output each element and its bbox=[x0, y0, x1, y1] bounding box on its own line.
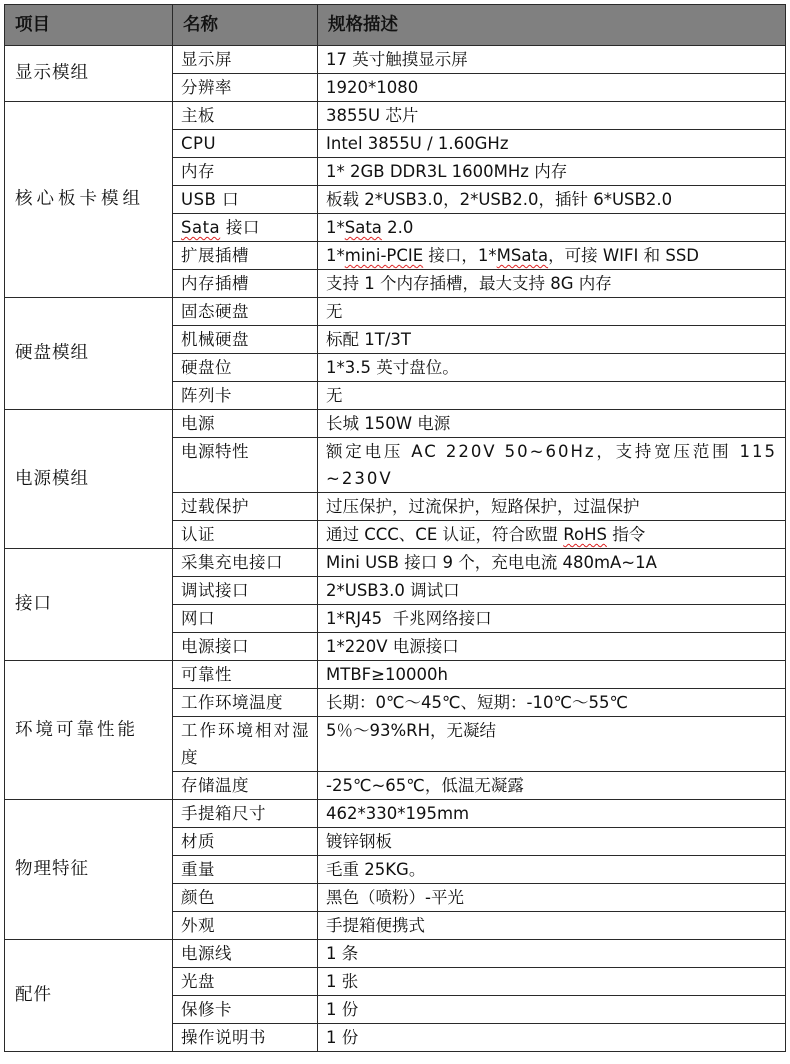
row-name: 可靠性 bbox=[173, 661, 318, 689]
row-name: 颜色 bbox=[173, 884, 318, 912]
header-name: 名称 bbox=[173, 5, 318, 46]
row-name: 材质 bbox=[173, 828, 318, 856]
row-name: 工作环境相对湿度 bbox=[173, 717, 318, 772]
row-spec: 17 英寸触摸显示屏 bbox=[318, 46, 786, 74]
row-spec: Intel 3855U / 1.60GHz bbox=[318, 130, 786, 158]
table-row: 核心板卡模组 主板 3855U 芯片 bbox=[5, 102, 786, 130]
row-name: 重量 bbox=[173, 856, 318, 884]
row-spec: 标配 1T/3T bbox=[318, 326, 786, 354]
row-spec-part: 1* bbox=[326, 246, 345, 265]
row-name: 保修卡 bbox=[173, 996, 318, 1024]
table-header: 项目 名称 规格描述 bbox=[5, 5, 786, 46]
row-spec: MTBF≥10000h bbox=[318, 661, 786, 689]
group-core-board-module: 核心板卡模组 bbox=[5, 102, 173, 298]
row-spec: 手提箱便携式 bbox=[318, 912, 786, 940]
row-spec: -25℃~65℃，低温无凝露 bbox=[318, 772, 786, 800]
row-name: CPU bbox=[173, 130, 318, 158]
row-spec: 462*330*195mm bbox=[318, 800, 786, 828]
row-name: 电源线 bbox=[173, 940, 318, 968]
row-spec: 1 份 bbox=[318, 996, 786, 1024]
row-name: 存储温度 bbox=[173, 772, 318, 800]
row-name: 内存插槽 bbox=[173, 270, 318, 298]
spellcheck-mark: MSata bbox=[497, 246, 548, 265]
group-environment-reliability: 环境可靠性能 bbox=[5, 661, 173, 800]
row-spec: 通过 CCC、CE 认证，符合欧盟 RoHS 指令 bbox=[318, 521, 786, 549]
row-spec: 5％～93%RH，无凝结 bbox=[318, 717, 786, 772]
row-spec-part: 接口，1* bbox=[423, 246, 497, 265]
row-spec: 1*mini-PCIE 接口，1*MSata，可接 WIFI 和 SSD bbox=[318, 242, 786, 270]
table-row: 物理特征 手提箱尺寸 462*330*195mm bbox=[5, 800, 786, 828]
spec-table: 项目 名称 规格描述 显示模组 显示屏 17 英寸触摸显示屏 分辨率 1920*… bbox=[4, 4, 786, 1052]
row-spec: 长期：0℃～45℃、短期：-10℃～55℃ bbox=[318, 689, 786, 717]
group-power-module: 电源模组 bbox=[5, 410, 173, 549]
table-row: 环境可靠性能 可靠性 MTBF≥10000h bbox=[5, 661, 786, 689]
row-name: 认证 bbox=[173, 521, 318, 549]
row-name: 电源接口 bbox=[173, 633, 318, 661]
spellcheck-mark: RoHS bbox=[563, 525, 607, 544]
table-row: 配件 电源线 1 条 bbox=[5, 940, 786, 968]
row-name: 机械硬盘 bbox=[173, 326, 318, 354]
row-name: 工作环境温度 bbox=[173, 689, 318, 717]
row-spec: 板载 2*USB3.0，2*USB2.0，插针 6*USB2.0 bbox=[318, 186, 786, 214]
row-spec: 1 条 bbox=[318, 940, 786, 968]
row-spec-suffix: 指令 bbox=[607, 525, 645, 544]
row-name: USB 口 bbox=[173, 186, 318, 214]
row-spec: 1*3.5 英寸盘位。 bbox=[318, 354, 786, 382]
row-spec: 1 张 bbox=[318, 968, 786, 996]
group-disk-module: 硬盘模组 bbox=[5, 298, 173, 410]
row-name: 电源 bbox=[173, 410, 318, 438]
spellcheck-mark: mini-PCIE bbox=[345, 246, 423, 265]
row-spec: 额定电压 AC 220V 50~60Hz，支持宽压范围 115~230V bbox=[318, 438, 786, 493]
row-name: 采集充电接口 bbox=[173, 549, 318, 577]
header-spec: 规格描述 bbox=[318, 5, 786, 46]
header-row: 项目 名称 规格描述 bbox=[5, 5, 786, 46]
row-name: 手提箱尺寸 bbox=[173, 800, 318, 828]
table-row: 硬盘模组 固态硬盘 无 bbox=[5, 298, 786, 326]
row-name: 阵列卡 bbox=[173, 382, 318, 410]
group-accessories: 配件 bbox=[5, 940, 173, 1052]
row-name: 内存 bbox=[173, 158, 318, 186]
row-name: 过载保护 bbox=[173, 493, 318, 521]
row-name: 电源特性 bbox=[173, 438, 318, 493]
row-name: 硬盘位 bbox=[173, 354, 318, 382]
row-name: 外观 bbox=[173, 912, 318, 940]
row-name: 主板 bbox=[173, 102, 318, 130]
row-spec: 支持 1 个内存插槽，最大支持 8G 内存 bbox=[318, 270, 786, 298]
spellcheck-mark: Sata bbox=[345, 218, 382, 237]
row-spec: 无 bbox=[318, 382, 786, 410]
table-body: 显示模组 显示屏 17 英寸触摸显示屏 分辨率 1920*1080 核心板卡模组… bbox=[5, 46, 786, 1052]
row-spec: 黑色（喷粉）-平光 bbox=[318, 884, 786, 912]
row-spec: 毛重 25KG。 bbox=[318, 856, 786, 884]
row-name: 固态硬盘 bbox=[173, 298, 318, 326]
row-name: 操作说明书 bbox=[173, 1024, 318, 1052]
row-spec: 长城 150W 电源 bbox=[318, 410, 786, 438]
group-physical-features: 物理特征 bbox=[5, 800, 173, 940]
spellcheck-mark: Sata bbox=[181, 218, 220, 237]
row-spec: 2*USB3.0 调试口 bbox=[318, 577, 786, 605]
table-row: 显示模组 显示屏 17 英寸触摸显示屏 bbox=[5, 46, 786, 74]
row-spec: 无 bbox=[318, 298, 786, 326]
row-spec-prefix: 1* bbox=[326, 218, 345, 237]
row-spec: 1* 2GB DDR3L 1600MHz 内存 bbox=[318, 158, 786, 186]
table-row: 电源模组 电源 长城 150W 电源 bbox=[5, 410, 786, 438]
row-name: 光盘 bbox=[173, 968, 318, 996]
row-spec: Mini USB 接口 9 个，充电电流 480mA~1A bbox=[318, 549, 786, 577]
row-spec: 过压保护，过流保护，短路保护，过温保护 bbox=[318, 493, 786, 521]
row-name-suffix: 接口 bbox=[220, 218, 260, 237]
row-name: 网口 bbox=[173, 605, 318, 633]
row-spec-part: ，可接 WIFI 和 SSD bbox=[548, 246, 699, 265]
row-spec: 镀锌钢板 bbox=[318, 828, 786, 856]
group-interface: 接口 bbox=[5, 549, 173, 661]
row-spec-suffix: 2.0 bbox=[382, 218, 414, 237]
table-row: 接口 采集充电接口 Mini USB 接口 9 个，充电电流 480mA~1A bbox=[5, 549, 786, 577]
row-name: 扩展插槽 bbox=[173, 242, 318, 270]
row-spec: 1920*1080 bbox=[318, 74, 786, 102]
row-name: Sata 接口 bbox=[173, 214, 318, 242]
row-spec: 1 份 bbox=[318, 1024, 786, 1052]
row-spec: 1*RJ45 千兆网络接口 bbox=[318, 605, 786, 633]
row-spec: 1*220V 电源接口 bbox=[318, 633, 786, 661]
header-item: 项目 bbox=[5, 5, 173, 46]
group-display-module: 显示模组 bbox=[5, 46, 173, 102]
row-spec: 1*Sata 2.0 bbox=[318, 214, 786, 242]
row-spec: 3855U 芯片 bbox=[318, 102, 786, 130]
row-spec-prefix: 通过 CCC、CE 认证，符合欧盟 bbox=[326, 525, 563, 544]
row-name: 显示屏 bbox=[173, 46, 318, 74]
row-name: 调试接口 bbox=[173, 577, 318, 605]
row-name: 分辨率 bbox=[173, 74, 318, 102]
